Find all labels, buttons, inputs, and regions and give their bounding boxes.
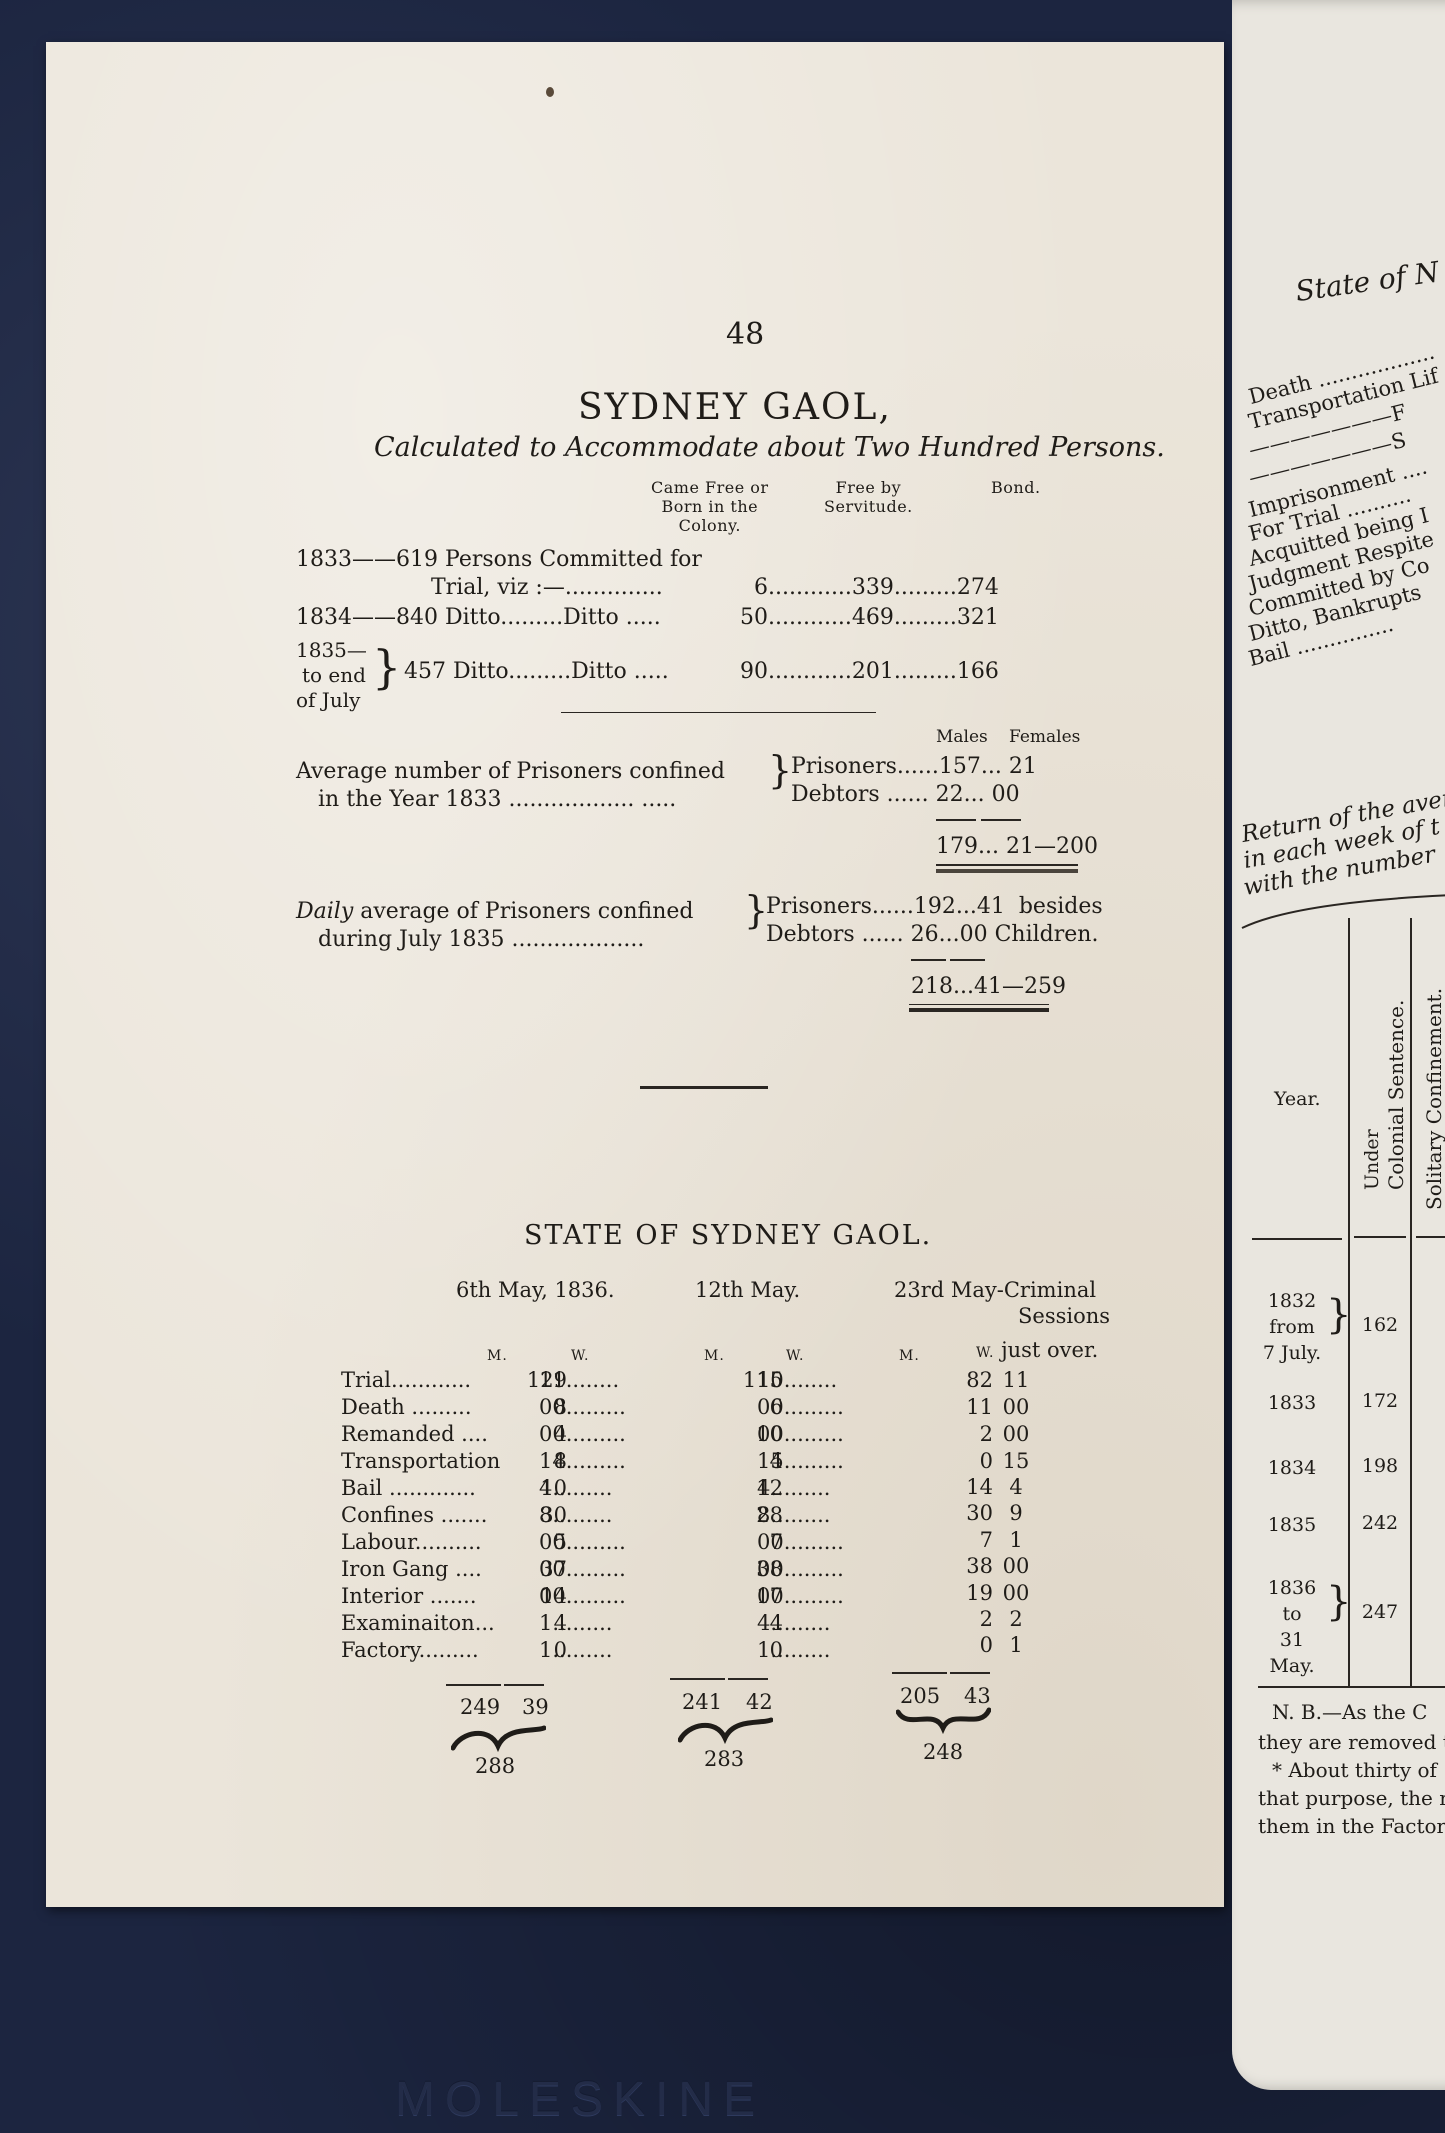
table-row: Death .........800.........600.........1… <box>341 1395 1171 1421</box>
sum-rule <box>728 1678 768 1680</box>
table-row: Bail .............104.........124.......… <box>341 1476 1171 1502</box>
horizontal-brace-icon <box>451 1724 546 1752</box>
cell-m-may23: 11 <box>966 1395 993 1419</box>
double-rule <box>936 869 1078 873</box>
colonial-sentence-value: 247 <box>1354 1601 1406 1623</box>
grand-total-3: 248 <box>923 1740 963 1764</box>
w-header: W. <box>571 1348 589 1364</box>
cell-w-may6: 00......... <box>539 1557 626 1581</box>
table-top-rule <box>1240 890 1445 930</box>
free-servitude-value: 469 <box>852 605 894 630</box>
row-label: Examinaiton... <box>341 1611 495 1635</box>
date-header-2: 12th May. <box>695 1278 800 1302</box>
horizontal-brace-icon <box>678 1716 773 1744</box>
column-header-bond: Bond. <box>991 478 1041 497</box>
cell-w-may12: 15......... <box>757 1449 844 1473</box>
brace-icon: } <box>744 888 768 932</box>
brace-icon: } <box>1326 1579 1351 1625</box>
cell-m-may23: 0 <box>980 1633 993 1657</box>
right-page: State of N Death ..................Trans… <box>1232 0 1445 2090</box>
table-row: Examinaiton...41.........44.........22 <box>341 1611 1171 1637</box>
page-number: 48 <box>726 317 764 352</box>
table-row: Interior .......1400.........1700.......… <box>341 1584 1171 1610</box>
m-header: M. <box>704 1348 725 1364</box>
sum-rule <box>504 1684 544 1686</box>
total-m-1: 249 <box>460 1695 500 1719</box>
sum-rule <box>936 819 976 821</box>
year-cell: 1833 <box>1262 1390 1322 1416</box>
year-cell: 1835 <box>1262 1512 1322 1538</box>
right-page-title: State of N <box>1293 255 1441 308</box>
committal-1835-values: 90............201.........166 <box>740 659 999 684</box>
table-row: Factory.........01.........01.........01 <box>341 1638 1171 1664</box>
cell-w-may6: 1......... <box>539 1638 612 1662</box>
cover-emboss-text: MOLESKINE <box>395 2072 765 2127</box>
w-header-just-over: W. just over. <box>976 1338 1098 1362</box>
table-column-divider <box>1410 918 1412 1688</box>
header-rule <box>1354 1236 1406 1238</box>
label: Persons Committed for <box>445 547 702 572</box>
daily-total: 218...41—259 <box>911 974 1066 999</box>
column-header-came-free: Came Free or Born in the Colony. <box>651 478 769 535</box>
cell-m-may23: 14 <box>966 1475 993 1499</box>
m-header: M. <box>899 1348 920 1364</box>
daily-label-line1: Daily average of Prisoners confined <box>296 899 694 924</box>
state-table-title: STATE OF SYDNEY GAOL. <box>524 1220 932 1251</box>
colonial-sentence-value: 172 <box>1354 1390 1406 1412</box>
cell-w-may23: 1 <box>999 1633 1033 1657</box>
committal-1835: 457 Ditto.........Ditto ..... <box>404 659 669 684</box>
average-debtors-row: Debtors ...... 22... 00 <box>791 782 1020 807</box>
cell-w-may23: 00 <box>999 1554 1033 1578</box>
page-subtitle: Calculated to Accommodate about Two Hund… <box>374 432 1165 463</box>
table-row: Transportation814.........415.........01… <box>341 1449 1171 1475</box>
date-header-3: 23rd May-Criminal <box>894 1278 1096 1302</box>
cell-w-may6: 00......... <box>539 1530 626 1554</box>
table-row: Remanded ....400.........1000.........20… <box>341 1422 1171 1448</box>
cell-w-may23: 4 <box>999 1475 1033 1499</box>
column-header-free-by-servitude: Free by Servitude. <box>824 478 913 516</box>
row-label: Remanded .... <box>341 1422 488 1446</box>
cell-w-may12: 4......... <box>757 1476 830 1500</box>
row-label: Factory......... <box>341 1638 479 1662</box>
committal-1834-values: 50............469.........321 <box>740 605 999 630</box>
bond-value: 274 <box>957 575 999 600</box>
cell-w-may23: 00 <box>999 1581 1033 1605</box>
cell-w-may6: 00......... <box>539 1422 626 1446</box>
came-free-value: 50 <box>740 605 768 630</box>
row-label: Labour.......... <box>341 1530 482 1554</box>
cell-w-may12: 00......... <box>757 1557 844 1581</box>
count: 619 <box>396 547 438 572</box>
committal-1834: 1834——840 Ditto.........Ditto ..... <box>296 605 661 630</box>
cell-w-may12: 00......... <box>757 1530 844 1554</box>
ink-spot <box>546 87 554 97</box>
bond-value: 321 <box>957 605 999 630</box>
cell-w-may23: 00 <box>999 1422 1033 1446</box>
daily-label-line2: during July 1835 ................... <box>318 927 644 952</box>
cell-m-may23: 2 <box>980 1422 993 1446</box>
row-label: Trial............ <box>341 1368 471 1392</box>
year: 1833 <box>296 547 352 572</box>
table-row: Confines .......308.........288.........… <box>341 1503 1171 1529</box>
table-row: Trial............12911........11510.....… <box>341 1368 1171 1394</box>
cell-w-may12: 00......... <box>757 1584 844 1608</box>
came-free-value: 6 <box>754 575 768 600</box>
cell-w-may12: 00......... <box>757 1395 844 1419</box>
cell-m-may23: 30 <box>966 1501 993 1525</box>
committal-1833: 1833——619 Persons Committed for <box>296 547 702 572</box>
daily-debtors-row: Debtors ...... 26...00 Children. <box>766 922 1098 947</box>
colonial-sentence-value: 198 <box>1354 1455 1406 1477</box>
cell-m-may23: 2 <box>980 1607 993 1631</box>
sum-rule <box>670 1678 725 1680</box>
table-row: Iron Gang ....3700.........3800.........… <box>341 1557 1171 1583</box>
table-bottom-rule <box>1258 1686 1445 1688</box>
m-header: M. <box>487 1348 508 1364</box>
average-label-line2: in the Year 1833 .................. ....… <box>318 787 676 812</box>
bond-value: 166 <box>957 659 999 684</box>
came-free-value: 90 <box>740 659 768 684</box>
year-cell: 1834 <box>1262 1455 1322 1481</box>
row-label: Confines ....... <box>341 1503 487 1527</box>
average-label-line1: Average number of Prisoners confined <box>296 759 725 784</box>
footnote-line: * About thirty of <box>1272 1758 1437 1782</box>
table-row: Labour..........500.........700.........… <box>341 1530 1171 1556</box>
cell-w-may23: 2 <box>999 1607 1033 1631</box>
cell-m-may23: 19 <box>966 1581 993 1605</box>
committal-1833-values: 6............339.........274 <box>754 575 999 600</box>
cell-w-may6: 00......... <box>539 1584 626 1608</box>
total-m-3: 205 <box>900 1684 940 1708</box>
cell-m-may23: 38 <box>966 1554 993 1578</box>
footnote-line: they are removed to <box>1258 1730 1445 1754</box>
cell-w-may6: 14......... <box>539 1449 626 1473</box>
cell-m-may23: 7 <box>980 1528 993 1552</box>
year-column-header: Year. <box>1274 1088 1321 1110</box>
year-cell: 1832from7 July. <box>1262 1288 1322 1366</box>
total-w-1: 39 <box>522 1695 549 1719</box>
grand-total-1: 288 <box>475 1754 515 1778</box>
label: Ditto.........Ditto ..... <box>445 605 661 630</box>
cell-w-may6: 8......... <box>539 1503 612 1527</box>
section-divider <box>640 1086 768 1089</box>
brace-icon: } <box>768 748 792 792</box>
cell-w-may12: 10........ <box>757 1368 837 1392</box>
males-header: Males <box>936 727 988 747</box>
cell-w-may12: 00......... <box>757 1422 844 1446</box>
sum-rule <box>446 1684 501 1686</box>
committal-1833-line2: Trial, viz :—.............. <box>431 575 663 600</box>
brace-icon: } <box>1326 1292 1351 1338</box>
colonial-sentence-value: 242 <box>1354 1512 1406 1534</box>
row-label: Iron Gang .... <box>341 1557 482 1581</box>
cell-w-may23: 00 <box>999 1395 1033 1419</box>
cell-w-may6: 11........ <box>539 1368 619 1392</box>
w-header: W. <box>786 1348 804 1364</box>
sum-rule <box>950 1672 990 1674</box>
free-servitude-value: 339 <box>852 575 894 600</box>
footnote-line: them in the Factory <box>1258 1814 1445 1838</box>
sum-rule <box>892 1672 947 1674</box>
cell-w-may12: 1......... <box>757 1638 830 1662</box>
sum-rule <box>981 819 1021 821</box>
cell-w-may12: 4......... <box>757 1611 830 1635</box>
footnote-line: that purpose, the r <box>1258 1786 1445 1810</box>
free-servitude-value: 201 <box>852 659 894 684</box>
cell-w-may23: 1 <box>999 1528 1033 1552</box>
date-header-1: 6th May, 1836. <box>456 1278 615 1302</box>
cell-m-may23: 82 <box>966 1368 993 1392</box>
row-label: Bail ............. <box>341 1476 476 1500</box>
brace-icon: } <box>372 640 401 694</box>
cell-m-may23: 0 <box>980 1449 993 1473</box>
header-rule <box>1416 1236 1445 1238</box>
committal-1835-year: 1835— to end of July <box>296 638 367 713</box>
cell-w-may6: 1......... <box>539 1611 612 1635</box>
count: 457 <box>404 659 446 684</box>
daily-prisoners-row: Prisoners......192...41 besides <box>766 894 1103 919</box>
females-header: Females <box>1009 727 1080 747</box>
colonial-sentence-header: Under Colonial Sentence. <box>1360 1000 1408 1190</box>
double-rule <box>909 1008 1049 1012</box>
date-header-3-line2: Sessions <box>1018 1304 1110 1328</box>
count: 840 <box>396 605 438 630</box>
colonial-sentence-value: 162 <box>1354 1314 1406 1336</box>
cell-w-may12: 8......... <box>757 1503 830 1527</box>
total-w-2: 42 <box>746 1690 773 1714</box>
double-rule <box>936 864 1078 866</box>
solitary-confinement-header: Solitary Confinement. <box>1422 988 1445 1210</box>
grand-total-2: 283 <box>704 1747 744 1771</box>
cell-w-may23: 15 <box>999 1449 1033 1473</box>
year-cell: 1836to31 May. <box>1262 1575 1322 1679</box>
horizontal-brace-icon <box>896 1706 991 1734</box>
sum-rule <box>911 959 946 961</box>
cell-w-may6: 00......... <box>539 1395 626 1419</box>
total-w-3: 43 <box>964 1684 991 1708</box>
label: Ditto.........Ditto ..... <box>453 659 669 684</box>
cell-w-may23: 11 <box>999 1368 1033 1392</box>
row-label: Death ......... <box>341 1395 472 1419</box>
section-divider <box>561 712 876 713</box>
row-label: Transportation <box>341 1449 500 1473</box>
double-rule <box>909 1004 1049 1005</box>
total-m-2: 241 <box>682 1690 722 1714</box>
average-prisoners-row: Prisoners......157... 21 <box>791 754 1037 779</box>
footnote-line: N. B.—As the C <box>1272 1700 1427 1724</box>
header-rule <box>1252 1238 1342 1240</box>
average-total: 179... 21—200 <box>936 834 1098 859</box>
cell-w-may23: 9 <box>999 1501 1033 1525</box>
year: 1834 <box>296 605 352 630</box>
row-label: Interior ....... <box>341 1584 477 1608</box>
cell-w-may6: 4......... <box>539 1476 612 1500</box>
left-page: 48 SYDNEY GAOL, Calculated to Accommodat… <box>46 42 1224 1907</box>
sum-rule <box>950 959 985 961</box>
page-title: SYDNEY GAOL, <box>578 387 892 428</box>
